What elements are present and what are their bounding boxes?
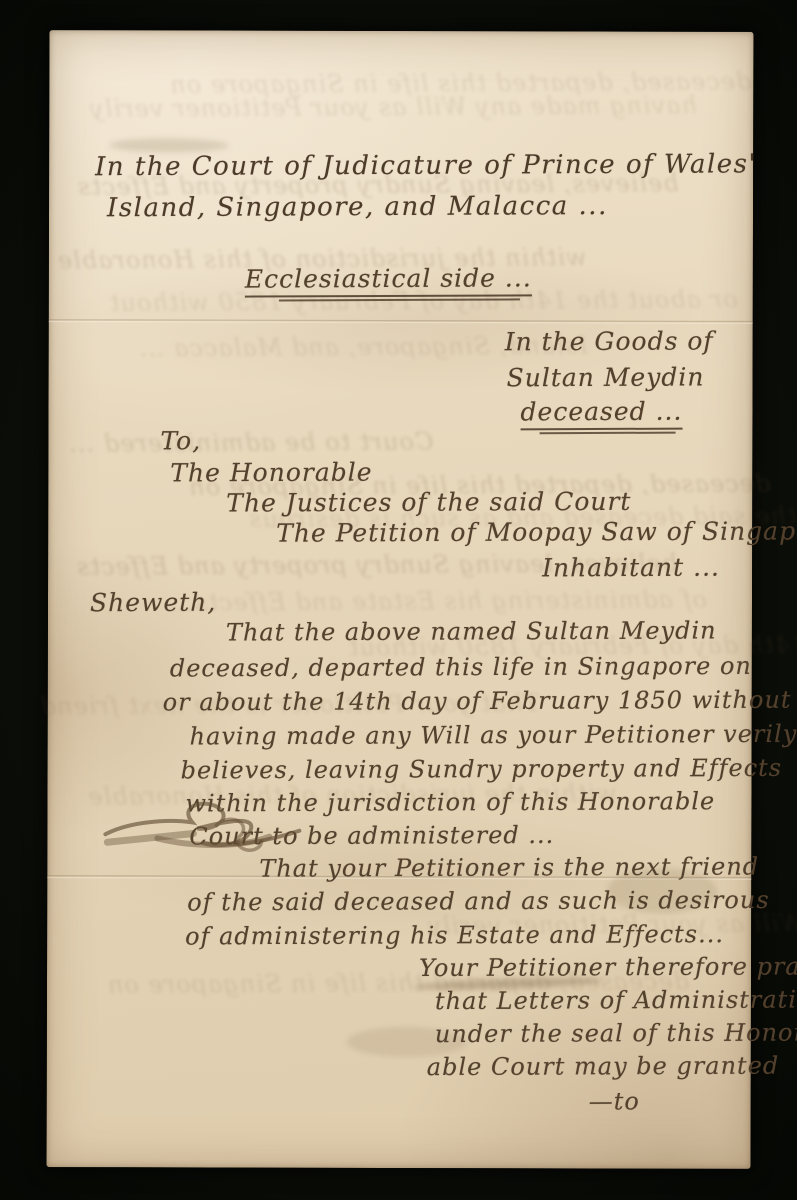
body-line: or about the 14th day of February 1850 w…	[163, 686, 792, 717]
sheweth-label: Sheweth,	[90, 588, 216, 618]
ink-flourish	[97, 792, 332, 863]
body-line: That your Petitioner is the next friend	[259, 852, 759, 882]
section-heading-text: Ecclesiastical side ...	[245, 263, 532, 297]
address-line: Inhabitant ...	[542, 553, 720, 583]
ink-smudge	[109, 138, 229, 152]
body-line: having made any Will as your Petitioner …	[190, 720, 797, 751]
court-heading-line: Island, Singapore, and Malacca ...	[107, 191, 608, 223]
body-line: of the said deceased and as such is desi…	[187, 886, 770, 917]
address-to: To,	[160, 426, 201, 455]
section-heading: Ecclesiastical side ...	[245, 263, 532, 297]
court-heading-line: In the Court of Judicature of Prince of …	[95, 149, 757, 182]
address-line: The Honorable	[170, 458, 372, 488]
address-line: The Petition of Moopay Saw of Singapore	[276, 516, 797, 547]
bleed-through-text: having made any Will as your Petitioner …	[89, 91, 697, 123]
body-line: That the above named Sultan Meydin	[226, 616, 717, 646]
prayer-line: under the seal of this Honor	[435, 1018, 797, 1048]
case-reference-deceased: deceased ...	[520, 397, 682, 431]
case-reference-line: Sultan Meydin	[507, 362, 705, 392]
body-line: deceased, departed this life in Singapor…	[170, 652, 752, 683]
case-reference-line: In the Goods of	[505, 326, 714, 356]
prayer-line: Your Petitioner therefore prays	[419, 952, 797, 982]
fold-crease	[49, 319, 753, 324]
bleed-through-text: Court to be administered ...	[68, 427, 433, 457]
prayer-line: —to	[589, 1087, 640, 1115]
prayer-line: that Letters of Administration	[435, 985, 797, 1015]
bleed-through-text: deceased, departed this life in Singapor…	[169, 67, 751, 99]
body-line: of administering his Estate and Effects.…	[185, 920, 724, 950]
bleed-through-text: of administering his Estate and Effects.…	[168, 585, 707, 616]
prayer-line: able Court may be granted	[427, 1052, 780, 1082]
address-line: The Justices of the said Court	[226, 487, 631, 518]
manuscript-page: deceased, departed this life in Singapor…	[47, 30, 754, 1169]
body-line: believes, leaving Sundry property and Ef…	[180, 754, 782, 785]
deceased-text: deceased ...	[520, 397, 682, 431]
